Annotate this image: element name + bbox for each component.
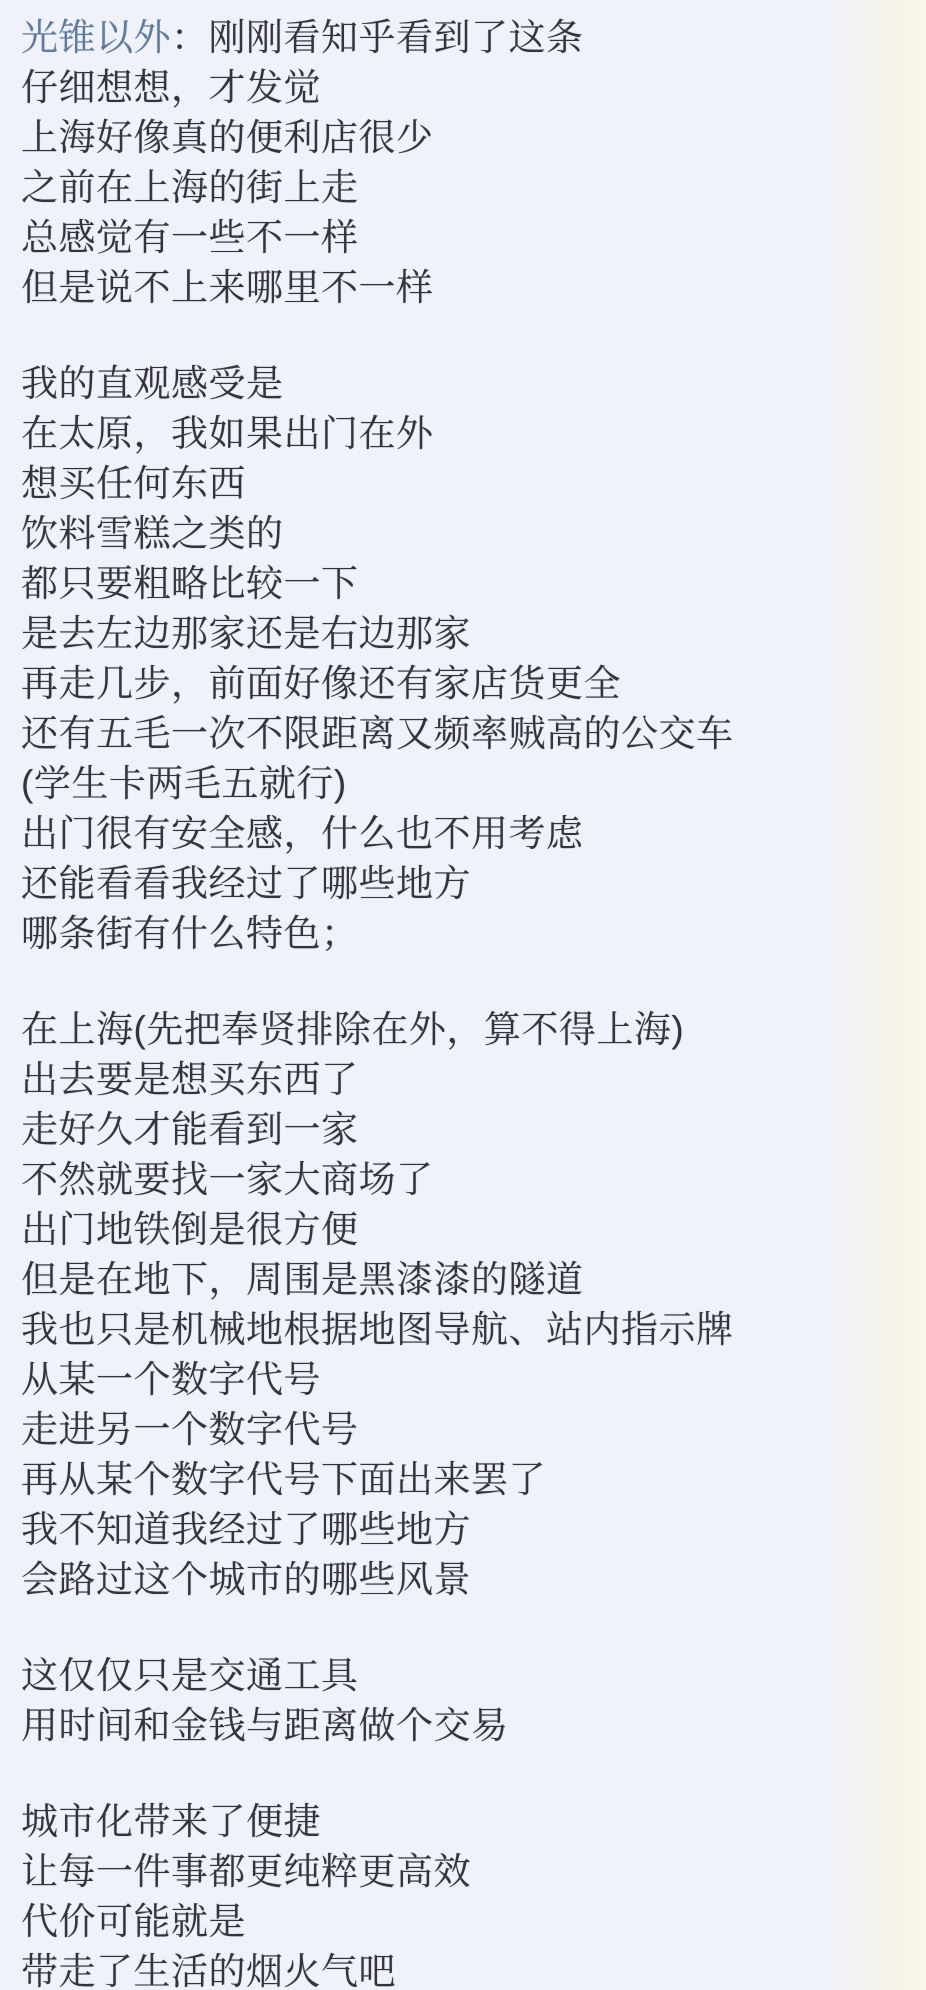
text-line: 出门很有安全感，什么也不用考虑: [21, 809, 910, 859]
text-line: 上海好像真的便利店很少: [21, 113, 910, 163]
text-line: 用时间和金钱与距离做个交易: [21, 1701, 910, 1751]
text-line: 代价可能就是: [21, 1897, 910, 1947]
text-line: 但是在地下，周围是黑漆漆的隧道: [21, 1255, 910, 1305]
paragraph: 在上海(先把奉贤排除在外，算不得上海)出去要是想买东西了走好久才能看到一家不然就…: [21, 1005, 910, 1605]
text-line: 会路过这个城市的哪些风景: [21, 1555, 910, 1605]
text-line: 但是说不上来哪里不一样: [21, 263, 910, 313]
text-line: 出门地铁倒是很方便: [21, 1205, 910, 1255]
text-line: 让每一件事都更纯粹更高效: [21, 1847, 910, 1897]
text-line: 在太原，我如果出门在外: [21, 409, 910, 459]
paragraph: 城市化带来了便捷让每一件事都更纯粹更高效代价可能就是带走了生活的烟火气吧: [21, 1797, 910, 1990]
text-line: 不然就要找一家大商场了: [21, 1155, 910, 1205]
text-line: 这仅仅只是交通工具: [21, 1651, 910, 1701]
text-line: 再走几步，前面好像还有家店货更全: [21, 659, 910, 709]
paragraph: 我的直观感受是在太原，我如果出门在外想买任何东西饮料雪糕之类的都只要粗略比较一下…: [21, 359, 910, 959]
paragraph: 光锥以外：刚刚看知乎看到了这条仔细想想，才发觉上海好像真的便利店很少之前在上海的…: [21, 13, 910, 313]
line-text: 刚刚看知乎看到了这条: [209, 17, 584, 58]
text-line: 还能看看我经过了哪些地方: [21, 859, 910, 909]
text-line: 城市化带来了便捷: [21, 1797, 910, 1847]
text-line: 之前在上海的街上走: [21, 163, 910, 213]
text-line: 还有五毛一次不限距离又频率贼高的公交车: [21, 709, 910, 759]
text-line: 仔细想想，才发觉: [21, 63, 910, 113]
text-line: 总感觉有一些不一样: [21, 213, 910, 263]
post-body: 光锥以外：刚刚看知乎看到了这条仔细想想，才发觉上海好像真的便利店很少之前在上海的…: [0, 0, 926, 1990]
paragraph: 这仅仅只是交通工具用时间和金钱与距离做个交易: [21, 1651, 910, 1751]
text-line: 我也只是机械地根据地图导航、站内指示牌: [21, 1305, 910, 1355]
text-line: 带走了生活的烟火气吧: [21, 1947, 910, 1990]
text-line: 光锥以外：刚刚看知乎看到了这条: [21, 13, 910, 63]
text-line: (学生卡两毛五就行): [21, 759, 910, 809]
text-line: 出去要是想买东西了: [21, 1055, 910, 1105]
text-line: 从某一个数字代号: [21, 1355, 910, 1405]
text-line: 我不知道我经过了哪些地方: [21, 1505, 910, 1555]
text-line: 在上海(先把奉贤排除在外，算不得上海): [21, 1005, 910, 1055]
text-line: 我的直观感受是: [21, 359, 910, 409]
author-name[interactable]: 光锥以外: [21, 17, 171, 58]
text-line: 饮料雪糕之类的: [21, 509, 910, 559]
text-line: 想买任何东西: [21, 459, 910, 509]
text-line: 走进另一个数字代号: [21, 1405, 910, 1455]
text-line: 再从某个数字代号下面出来罢了: [21, 1455, 910, 1505]
author-separator: ：: [171, 17, 209, 58]
text-line: 走好久才能看到一家: [21, 1105, 910, 1155]
text-line: 都只要粗略比较一下: [21, 559, 910, 609]
text-line: 哪条街有什么特色；: [21, 909, 910, 959]
text-line: 是去左边那家还是右边那家: [21, 609, 910, 659]
message-text: 光锥以外：刚刚看知乎看到了这条仔细想想，才发觉上海好像真的便利店很少之前在上海的…: [21, 13, 910, 1990]
